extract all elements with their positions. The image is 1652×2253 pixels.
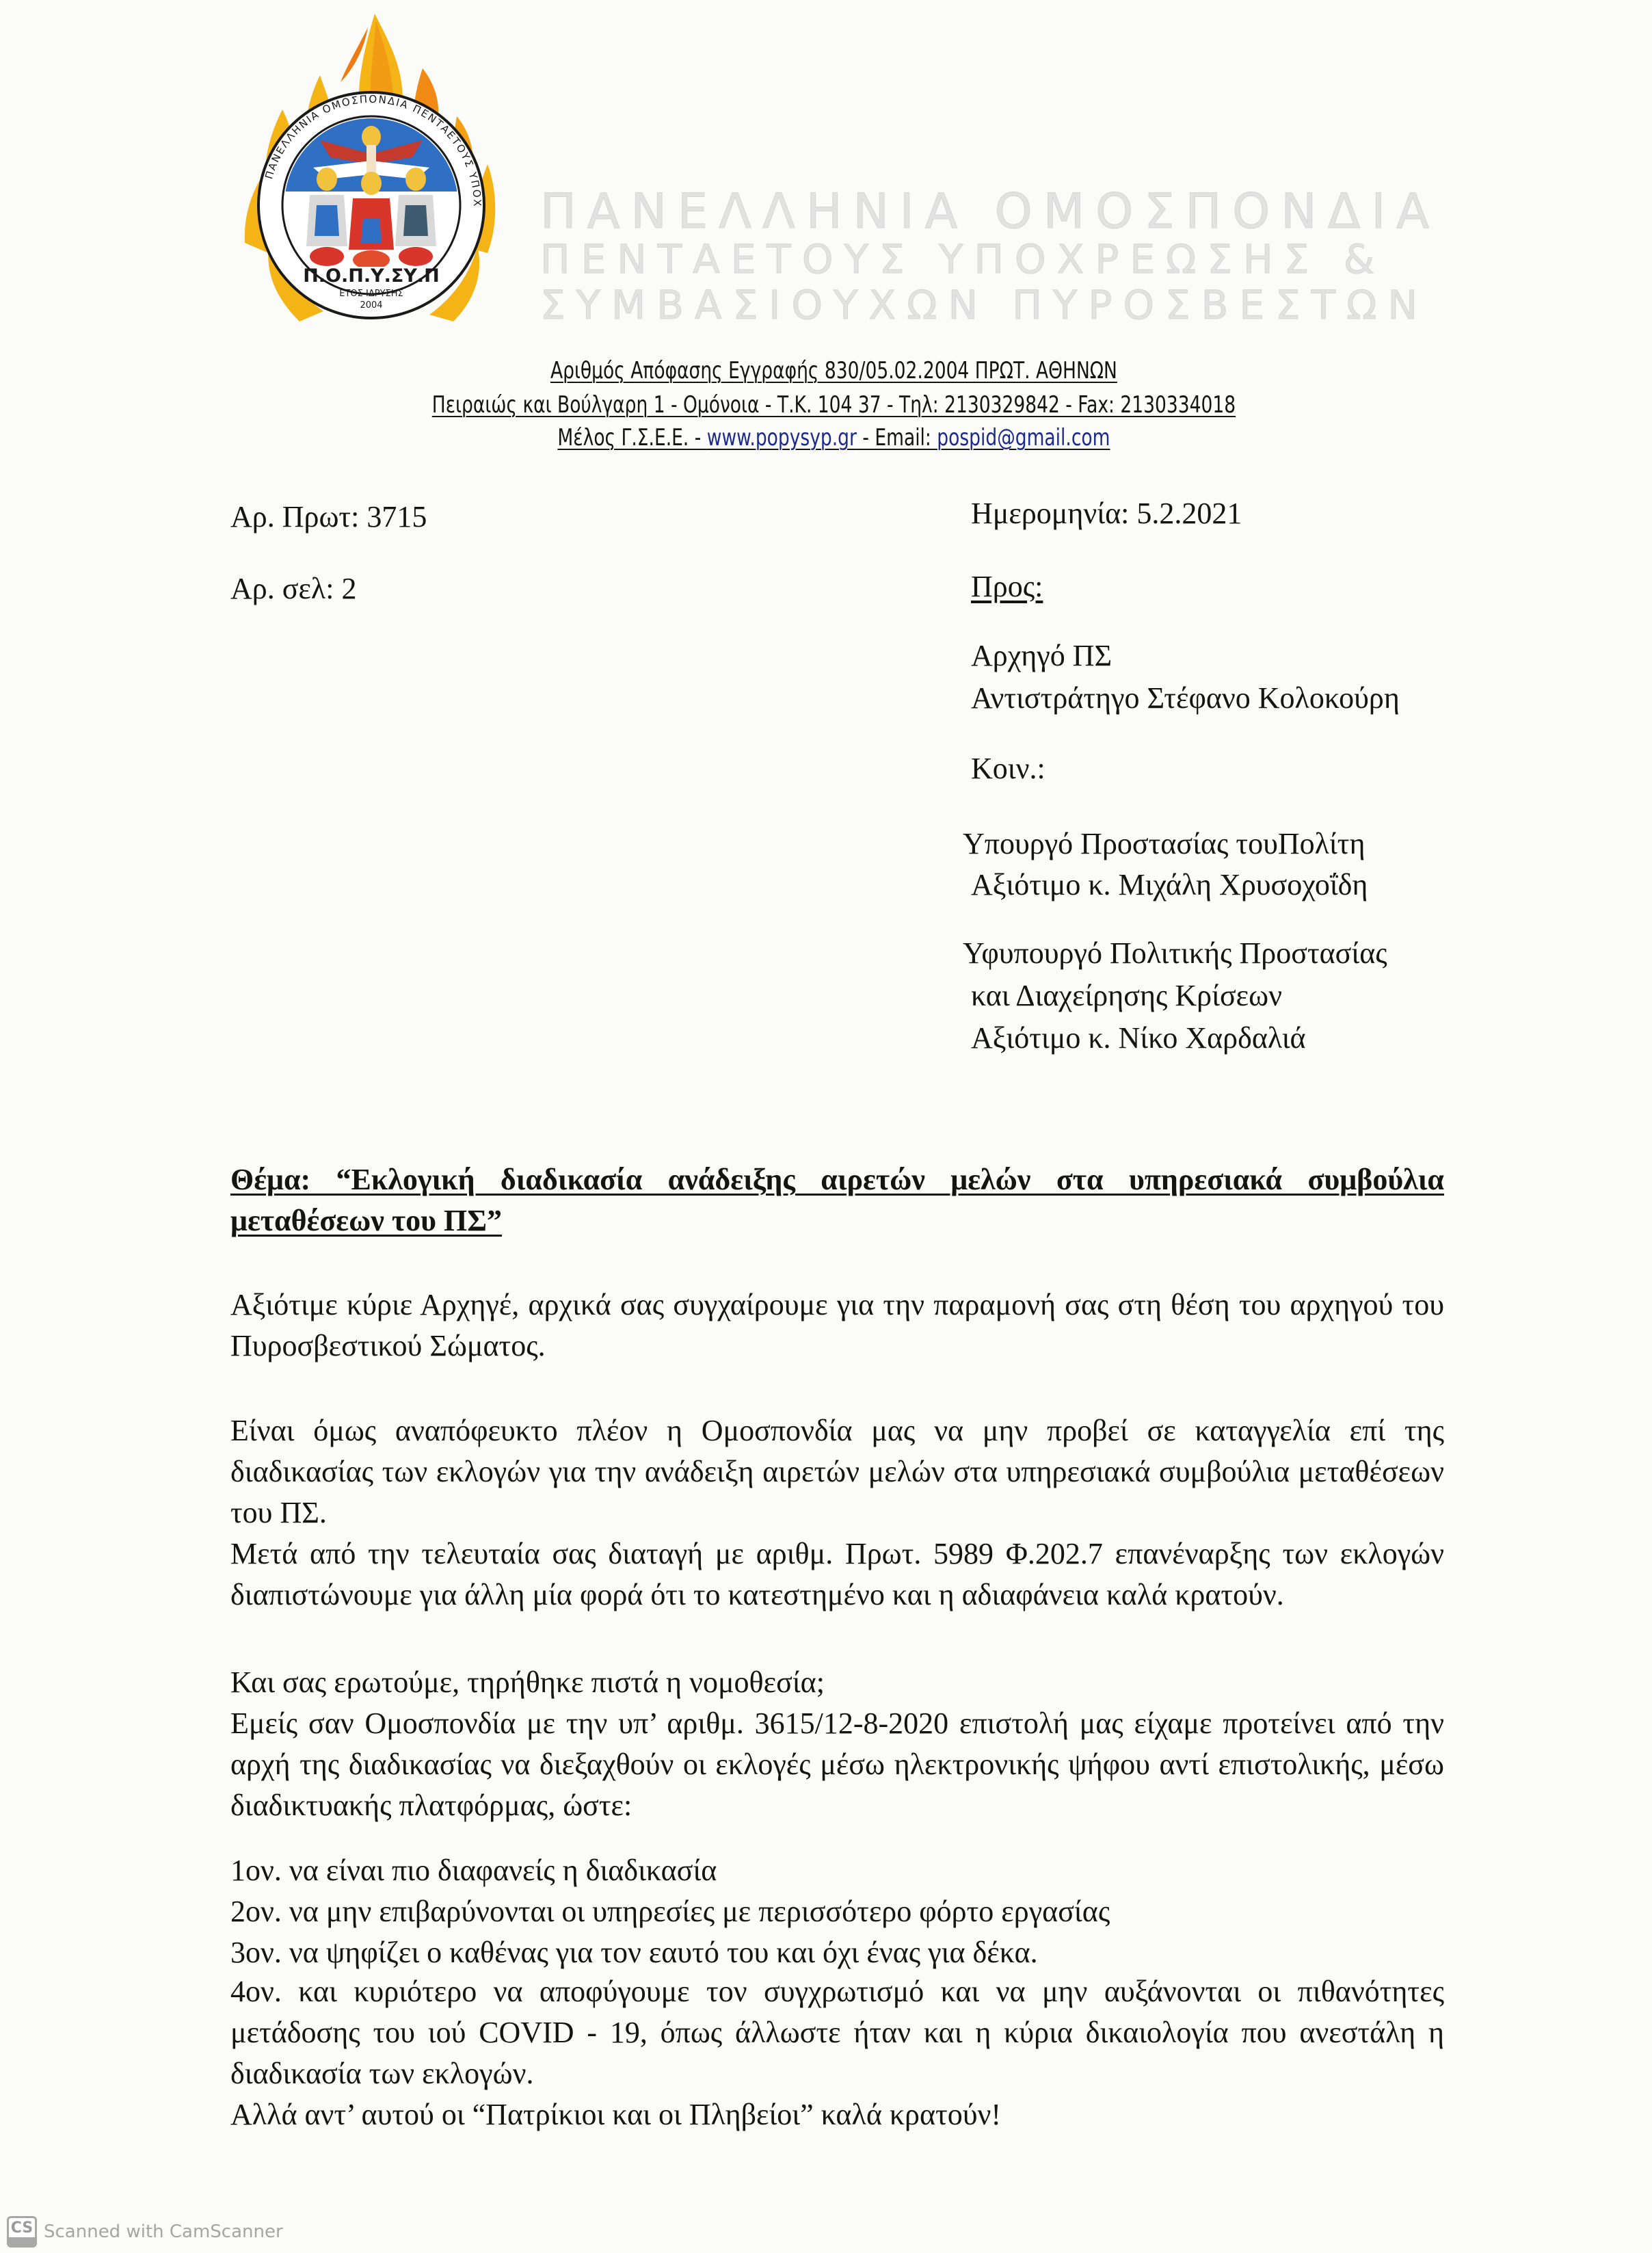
complaint-paragraph: Είναι όμως αναπόφευκτο πλέον η Ομοσπονδί… — [230, 1410, 1444, 1616]
list-item: 4ον. και κυριότερο να αποφύγουμε τον συγ… — [230, 1971, 1444, 2094]
logo-acronym: Π.Ο.Π.Υ.ΣΥ.Π — [303, 265, 440, 287]
org-name-line-2: ΠΕΝΤΑΕΤΟΥΣ ΥΠΟΧΡΕΩΣΗΣ & — [540, 236, 1385, 282]
cc-recipient-1-title: Υπουργό Προστασίας τουΠολίτη — [963, 826, 1365, 862]
camscanner-watermark: CS Scanned with CamScanner — [7, 2216, 283, 2248]
email-prefix: - Email: — [857, 424, 937, 451]
camscanner-label: Scanned with CamScanner — [44, 2222, 283, 2242]
cc-recipient-2-title-cont: και Διαχείρησης Κρίσεων — [971, 978, 1282, 1014]
logo-founded-year: 2004 — [360, 300, 382, 311]
cc-recipient-2-title: Υφυπουργό Πολιτικής Προστασίας — [963, 936, 1387, 971]
contact-line: Μέλος Γ.Σ.Ε.Ε. - www.popysyp.gr - Email:… — [189, 424, 1478, 451]
list-item: 2ον. να μην επιβαρύνονται οι υπηρεσίες μ… — [230, 1891, 1444, 1932]
page-count: Αρ. σελ: 2 — [230, 571, 357, 607]
website-link[interactable]: www.popysyp.gr — [707, 424, 857, 451]
email-link[interactable]: pospid@gmail.com — [937, 424, 1110, 451]
closing-paragraph: 4ον. και κυριότερο να αποφύγουμε τον συγ… — [230, 1971, 1444, 2135]
registration-line: Αριθμός Απόφασης Εγγραφής 830/05.02.2004… — [189, 357, 1478, 384]
subject-line: Θέμα: “Εκλογική διαδικασία ανάδειξης αιρ… — [230, 1159, 1444, 1241]
federation-logo: Π.Ο.Π.Υ.ΣΥ.Π ΕΤΟΣ ΙΔΡΥΣΗΣ 2004 ΠΑΝΕΛΛΗΝΙ… — [217, 0, 532, 328]
paragraph-text: Μετά από την τελευταία σας διαταγή με αρ… — [230, 1533, 1444, 1616]
greeting-paragraph: Αξιότιμε κύριε Αρχηγέ, αρχικά σας συγχαί… — [230, 1284, 1444, 1367]
registration-text: Αριθμός Απόφασης Εγγραφής 830/05.02.2004… — [550, 357, 1117, 384]
paragraph-text: Είναι όμως αναπόφευκτο πλέον η Ομοσπονδί… — [230, 1410, 1444, 1533]
cc-recipient-1-name: Αξιότιμο κ. Μιχάλη Χρυσοχοΐδη — [971, 867, 1368, 903]
logo-founded-label: ΕΤΟΣ ΙΔΡΥΣΗΣ — [339, 289, 403, 299]
cc-label: Κοιν.: — [971, 751, 1045, 787]
org-name-line-1: ΠΑΝΕΛΛΗΝΙΑ ΟΜΟΣΠΟΝΔΙΑ — [540, 183, 1440, 239]
recipient-title: Αρχηγό ΠΣ — [971, 638, 1112, 674]
recipient-name: Αντιστράτηγο Στέφανο Κολοκούρη — [971, 681, 1400, 716]
closing-text: Αλλά αντ’ αυτού οι “Πατρίκιοι και οι Πλη… — [230, 2094, 1444, 2135]
member-text: Μέλος Γ.Σ.Ε.Ε. - — [557, 424, 706, 451]
paragraph-text: Αξιότιμε κύριε Αρχηγέ, αρχικά σας συγχαί… — [230, 1284, 1444, 1367]
question-paragraph: Και σας ερωτούμε, τηρήθηκε πιστά η νομοθ… — [230, 1662, 1444, 1826]
reasons-list: 1ον. να είναι πιο διαφανείς η διαδικασία… — [230, 1850, 1444, 1973]
protocol-number: Αρ. Πρωτ: 3715 — [230, 499, 427, 535]
list-item: 1ον. να είναι πιο διαφανείς η διαδικασία — [230, 1850, 1444, 1891]
cc-recipient-2-name: Αξιότιμο κ. Νίκο Χαρδαλιά — [971, 1020, 1306, 1056]
paragraph-text: Και σας ερωτούμε, τηρήθηκε πιστά η νομοθ… — [230, 1662, 1444, 1703]
paragraph-text: Εμείς σαν Ομοσπονδία με την υπ’ αριθμ. 3… — [230, 1703, 1444, 1826]
to-label: Προς: — [971, 569, 1043, 605]
address-text: Πειραιώς και Βούλγαρη 1 - Ομόνοια - Τ.Κ.… — [432, 391, 1236, 419]
list-item: 3ον. να ψηφίζει ο καθένας για τον εαυτό … — [230, 1932, 1444, 1973]
camscanner-icon: CS — [7, 2216, 37, 2248]
org-name-line-3: ΣΥΜΒΑΣΙΟΥΧΩΝ ΠΥΡΟΣΒΕΣΤΩΝ — [540, 282, 1428, 328]
address-line: Πειραιώς και Βούλγαρη 1 - Ομόνοια - Τ.Κ.… — [189, 391, 1478, 419]
document-date: Ημερομηνία: 5.2.2021 — [971, 496, 1242, 531]
